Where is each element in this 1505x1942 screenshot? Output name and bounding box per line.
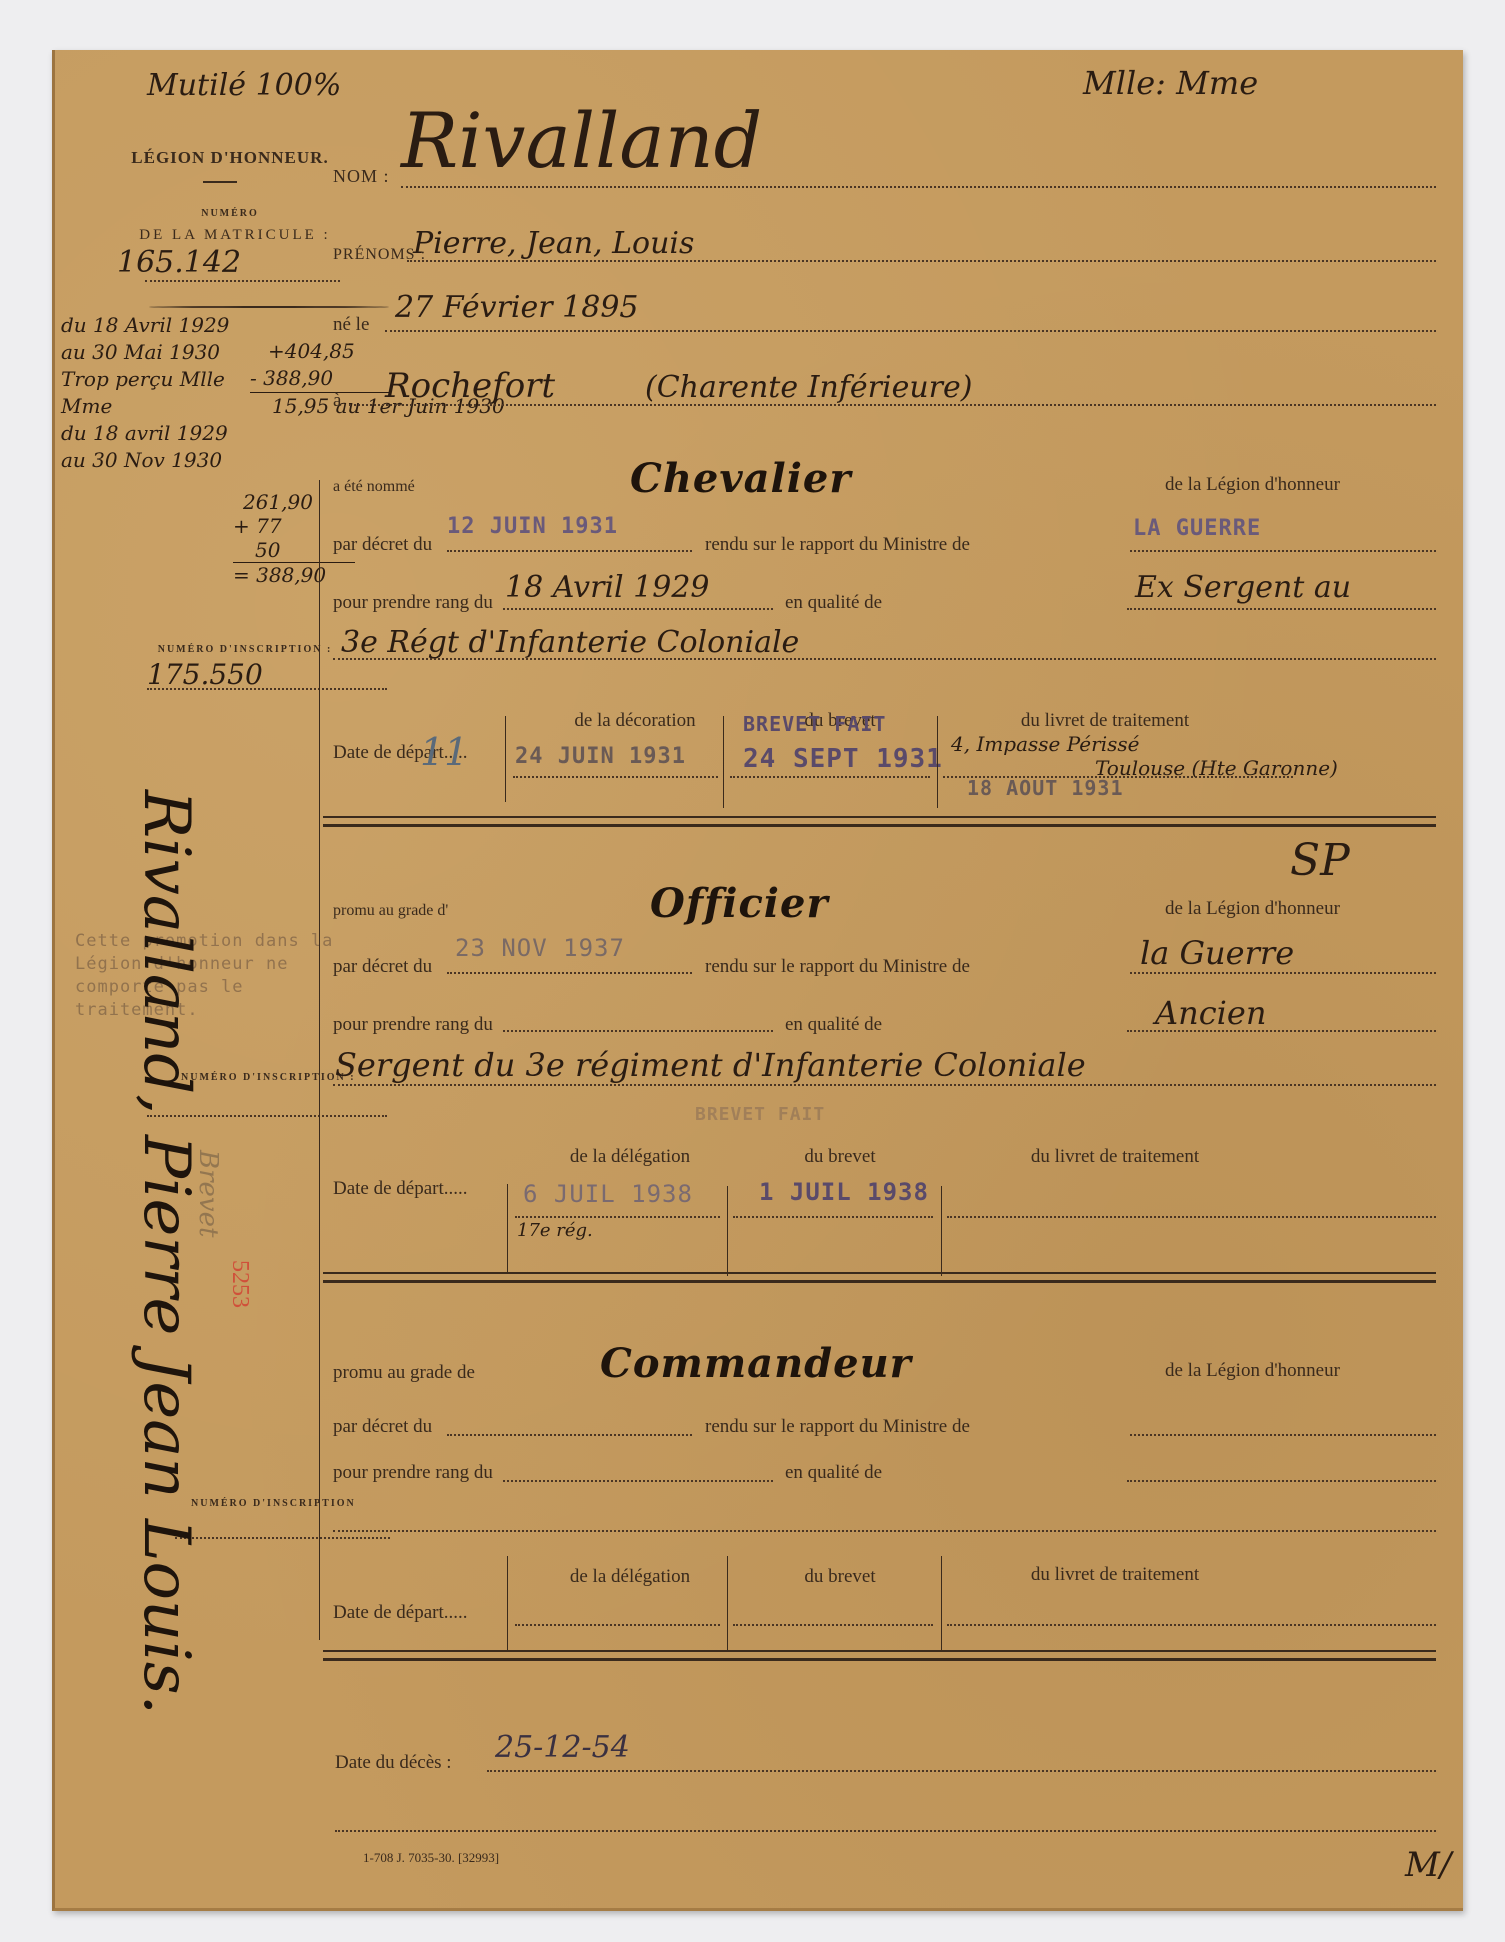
- ne-le-label: né le: [333, 314, 369, 336]
- grade-officier: Officier: [650, 880, 829, 927]
- nom-label: NOM :: [333, 166, 390, 187]
- section-divider-officier: [323, 1272, 1436, 1283]
- red-stamp-number: 5253: [226, 1260, 253, 1308]
- chevalier-intro: a été nommé: [333, 478, 415, 496]
- chevalier-rang-value: 18 Avril 1929: [505, 570, 710, 605]
- pension-note: au 30 Mai 1930: [61, 339, 231, 366]
- section-divider-chevalier: [323, 816, 1436, 827]
- commandeur-col-delegation-label: de la délégation: [530, 1566, 730, 1588]
- officier-qualite-value-2: Sergent du 3e régiment d'Infanterie Colo…: [335, 1046, 1086, 1084]
- prenoms-value: Pierre, Jean, Louis: [413, 226, 694, 261]
- chevalier-suffix: de la Légion d'honneur: [1165, 474, 1340, 496]
- deces-value: 25-12-54: [495, 1730, 630, 1765]
- dotted-line: [1130, 1434, 1436, 1436]
- column-divider: [723, 716, 724, 808]
- dotted-line: [333, 658, 1436, 660]
- commandeur-ministre-label: rendu sur le rapport du Ministre de: [705, 1416, 970, 1438]
- officier-qualite-label: en qualité de: [785, 1014, 882, 1036]
- column-divider: [727, 1186, 728, 1276]
- commandeur-intro: promu au grade de: [333, 1362, 475, 1384]
- inscription-dotted-line-1: [147, 688, 387, 690]
- lieu-a-label: à: [333, 390, 341, 412]
- dotted-line: [503, 1480, 773, 1482]
- dotted-line: [1130, 972, 1436, 974]
- dotted-line: [447, 1434, 692, 1436]
- officier-depart-label: Date de départ.....: [333, 1178, 468, 1200]
- dotted-line: [733, 1216, 933, 1218]
- ne-le-dotted-line: [385, 330, 1436, 332]
- commandeur-decret-label: par décret du: [333, 1416, 432, 1438]
- matricule-label-1: NUMÉRO: [115, 208, 345, 219]
- dotted-line: [1127, 1030, 1436, 1032]
- officier-qualite-value: Ancien: [1155, 994, 1266, 1032]
- annotation-mlle-mme: Mlle: Mme: [1083, 64, 1258, 102]
- dotted-line: [333, 1084, 1436, 1086]
- chevalier-brevet-fait-stamp: BREVET FAIT: [743, 712, 886, 736]
- separator-curve: [149, 306, 389, 308]
- section-divider-commandeur: [323, 1650, 1436, 1661]
- commandeur-col-brevet-label: du brevet: [745, 1566, 935, 1588]
- dotted-line: [730, 776, 930, 778]
- deces-label: Date du décès :: [335, 1752, 452, 1774]
- matricule-label-2: DE LA MATRICULE :: [115, 227, 355, 244]
- dotted-line: [447, 550, 692, 552]
- legion-honneur-record-card: Mutilé 100% Mlle: Mme LÉGION D'HONNEUR. …: [52, 50, 1463, 1911]
- officier-initials: SP: [1290, 835, 1350, 886]
- print-code: 1-708 J. 7035-30. [32993]: [363, 1850, 499, 1866]
- dotted-line: [947, 1624, 1436, 1626]
- chevalier-col-decoration-label: de la décoration: [535, 710, 735, 732]
- column-divider: [941, 1186, 942, 1276]
- title-underline: [203, 181, 237, 183]
- pension-note: Trop perçu Mlle Mme: [61, 366, 231, 420]
- chevalier-qualite-label: en qualité de: [785, 592, 882, 614]
- chevalier-livret-address-1: 4, Impasse Périssé: [951, 732, 1139, 756]
- chevalier-ministre-stamp: LA GUERRE: [1133, 516, 1261, 541]
- depart-bracket: [505, 716, 506, 802]
- inscription-label-3: NUMÉRO D'INSCRIPTION: [191, 1498, 391, 1509]
- dotted-line: [447, 972, 692, 974]
- officier-suffix: de la Légion d'honneur: [1165, 898, 1340, 920]
- grade-commandeur: Commandeur: [600, 1340, 912, 1387]
- prenoms-dotted-line: [407, 260, 1436, 262]
- pension-note: au 30 Nov 1930: [61, 447, 231, 474]
- depart-bracket: [507, 1556, 508, 1652]
- dotted-line: [515, 1216, 720, 1218]
- matricule-value: 165.142: [117, 245, 241, 280]
- dotted-line: [503, 1030, 773, 1032]
- officier-decret-stamp: 23 NOV 1937: [455, 934, 625, 962]
- inscription-value-1: 175.550: [147, 658, 263, 691]
- officier-ministre-value: la Guerre: [1140, 934, 1294, 972]
- typed-note-traitement: Cette promotion dans la Légion d'honneur…: [75, 930, 375, 1022]
- dotted-line: [733, 1624, 933, 1626]
- bottom-right-initial: M/: [1405, 1845, 1451, 1885]
- officier-delegation-note: 17e rég.: [517, 1220, 593, 1241]
- chevalier-brevet-date-stamp: 24 SEPT 1931: [743, 744, 943, 774]
- vertical-name: Rivalland, Pierre Jean Louis.: [129, 790, 203, 1715]
- inscription-label-1: NUMÉRO D'INSCRIPTION :: [145, 644, 345, 655]
- commandeur-suffix: de la Légion d'honneur: [1165, 1360, 1340, 1382]
- lieu-department: (Charente Inférieure): [645, 370, 972, 405]
- chevalier-livret-stamp: 18 AOUT 1931: [967, 776, 1124, 800]
- dotted-line: [513, 776, 718, 778]
- pension-note: du 18 Avril 1929: [61, 312, 231, 339]
- inscription-dotted-line-3: [175, 1537, 390, 1539]
- annotation-mutile: Mutilé 100%: [147, 68, 341, 103]
- commandeur-qualite-label: en qualité de: [785, 1462, 882, 1484]
- dotted-line: [1127, 608, 1436, 610]
- pension-notes: du 18 Avril 1929 au 30 Mai 1930 Trop per…: [61, 312, 231, 474]
- commandeur-depart-label: Date de départ.....: [333, 1602, 468, 1624]
- section-bracket-line: [319, 480, 320, 1640]
- calc-line: = 388,90: [233, 563, 355, 587]
- officier-col-livret-label: du livret de traitement: [960, 1146, 1270, 1168]
- pension-note: du 18 avril 1929: [61, 420, 231, 447]
- officier-rang-label: pour prendre rang du: [333, 1014, 493, 1036]
- dotted-line: [943, 776, 1293, 778]
- column-divider: [937, 716, 938, 808]
- chevalier-col-livret-label: du livret de traitement: [955, 710, 1255, 732]
- matricule-dotted-line: [145, 280, 340, 282]
- dotted-line: [333, 1530, 1436, 1532]
- commandeur-col-livret-label: du livret de traitement: [960, 1564, 1270, 1586]
- officier-intro: promu au grade d': [333, 902, 448, 920]
- dotted-line: [947, 1216, 1436, 1218]
- chevalier-decoration-stamp: 24 JUIN 1931: [515, 744, 686, 769]
- column-divider: [727, 1556, 728, 1652]
- nom-value: Rivalland: [401, 96, 762, 185]
- column-divider: [941, 1556, 942, 1652]
- chevalier-decret-label: par décret du: [333, 534, 432, 556]
- grade-chevalier: Chevalier: [630, 455, 851, 502]
- depart-bracket: [507, 1184, 508, 1274]
- officier-brevet-date-stamp: 1 JUIL 1938: [759, 1178, 929, 1206]
- dotted-line: [335, 1830, 1436, 1832]
- dotted-line: [515, 1624, 720, 1626]
- chevalier-qualite-value-2: 3e Régt d'Infanterie Coloniale: [341, 625, 799, 660]
- chevalier-ministre-label: rendu sur le rapport du Ministre de: [705, 534, 970, 556]
- ne-le-value: 27 Février 1895: [395, 290, 639, 325]
- chevalier-rang-label: pour prendre rang du: [333, 592, 493, 614]
- chevalier-depart-mark: 11: [420, 730, 468, 774]
- calc-line: +404,85: [250, 338, 505, 365]
- dotted-line: [1127, 1480, 1436, 1482]
- legion-honneur-title: LÉGION D'HONNEUR.: [115, 148, 345, 168]
- officier-delegation-stamp: 6 JUIL 1938: [523, 1180, 693, 1208]
- lieu-dotted-line: [349, 404, 1436, 406]
- officier-col-delegation-label: de la délégation: [530, 1146, 730, 1168]
- chevalier-decret-stamp: 12 JUIN 1931: [447, 514, 618, 539]
- officier-col-brevet-label: du brevet: [745, 1146, 935, 1168]
- officier-decret-label: par décret du: [333, 956, 432, 978]
- dotted-line: [487, 1770, 1436, 1772]
- dotted-line: [1130, 550, 1436, 552]
- lieu-value: Rochefort: [385, 366, 555, 406]
- officier-brevet-fait-stamp: BREVET FAIT: [695, 1104, 825, 1125]
- calc-line: - 388,90: [250, 365, 390, 393]
- commandeur-rang-label: pour prendre rang du: [333, 1462, 493, 1484]
- chevalier-qualite-value: Ex Sergent au: [1135, 570, 1351, 605]
- nom-dotted-line: [401, 186, 1436, 188]
- officier-ministre-label: rendu sur le rapport du Ministre de: [705, 956, 970, 978]
- dotted-line: [503, 608, 773, 610]
